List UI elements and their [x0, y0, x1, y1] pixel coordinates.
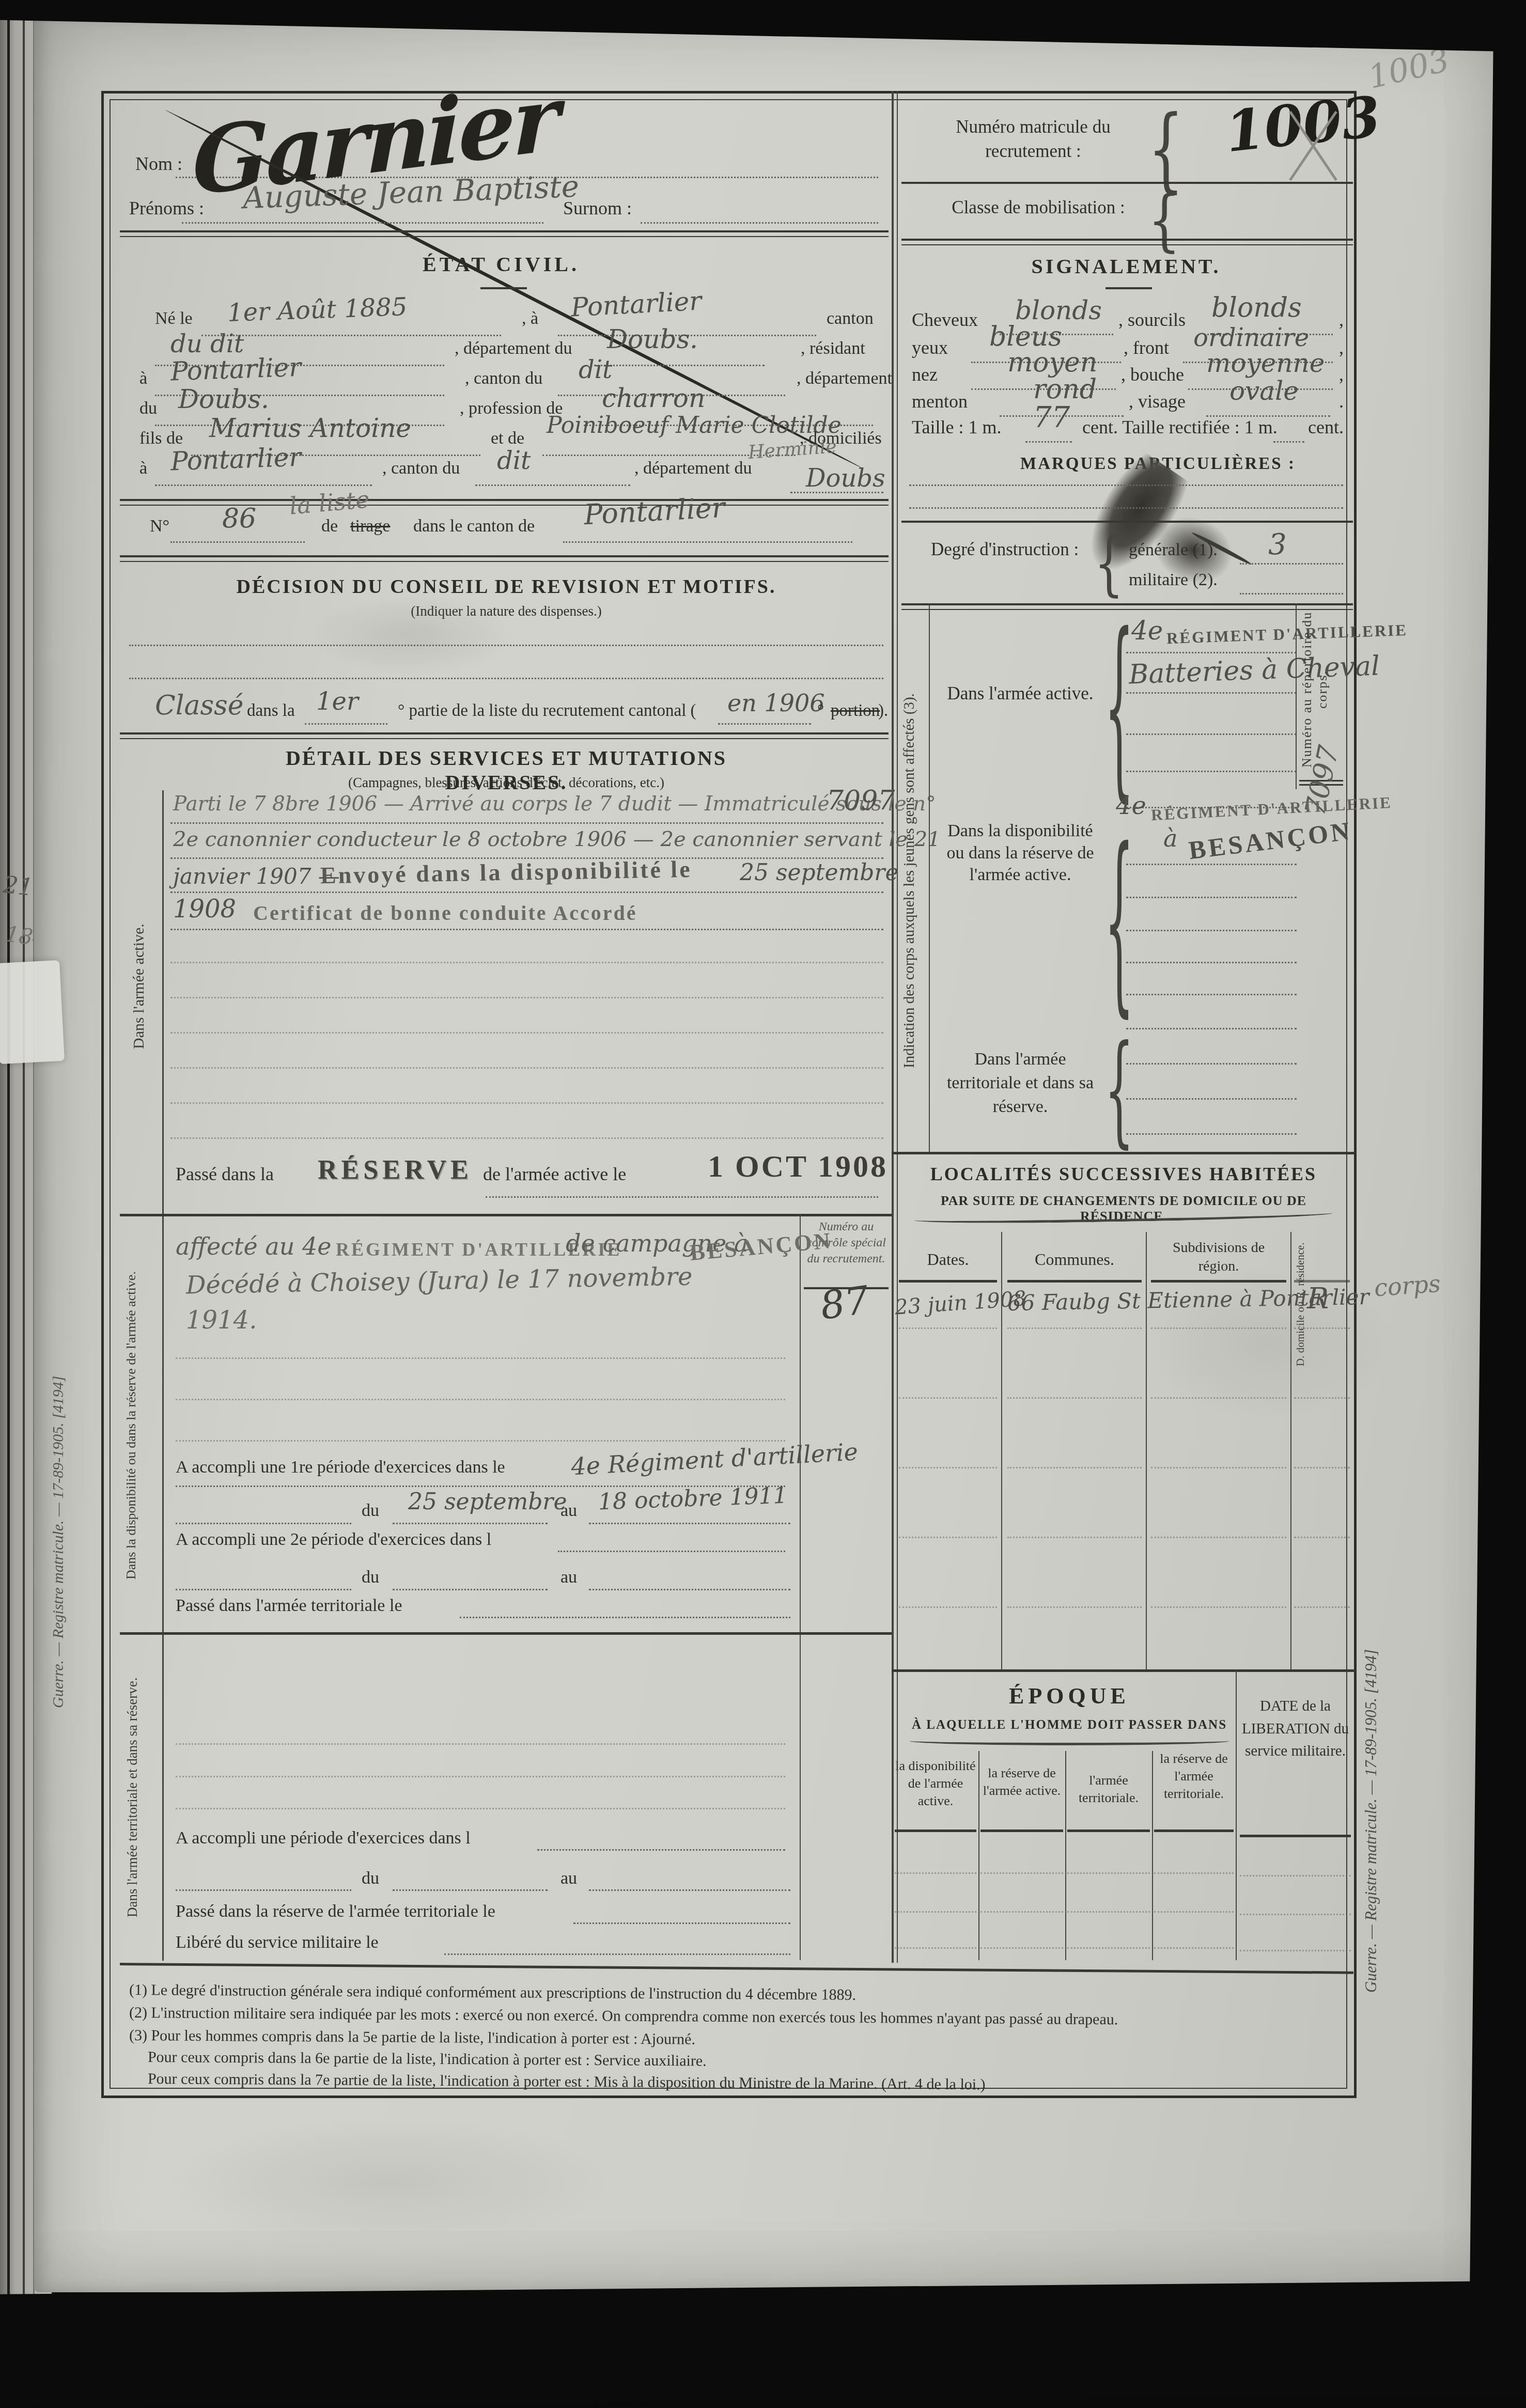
double-rule: [901, 239, 1353, 245]
ne-le-label: Né le: [155, 309, 193, 329]
decision-paren: ).: [878, 701, 888, 721]
dotted-line: [170, 892, 883, 893]
dotted-line: [444, 1953, 790, 1955]
dotted-line: [176, 1808, 785, 1809]
dotted-line: [899, 1606, 997, 1608]
services-line-1-numero: 7097: [827, 785, 895, 816]
dotted-line: [176, 1889, 351, 1891]
dotted-line: [1151, 1467, 1286, 1468]
departement-label: , département du: [455, 339, 572, 358]
epoque-col2-header: la réserve de l'armée active.: [980, 1764, 1063, 1800]
au-label: au: [560, 1568, 577, 1587]
header-underline: [1067, 1830, 1150, 1832]
departement-value: Doubs.: [607, 324, 698, 354]
annee-hw: en 1906: [727, 689, 825, 717]
dotted-line: [1007, 1397, 1142, 1399]
periode1-du-value: 25 septembre: [408, 1489, 567, 1515]
signalement-title: SIGNALEMENT.: [982, 254, 1271, 278]
page-edge-line: [23, 0, 25, 2306]
dotted-line: [537, 1849, 785, 1851]
dotted-line: [1007, 1467, 1142, 1468]
dotted-line: [155, 484, 372, 486]
epoque-col4-header: la réserve de l'armée territoriale.: [1154, 1750, 1234, 1802]
dotted-line: [1126, 1133, 1297, 1135]
register-page: 1003 Nom : Garnier Prénoms : Auguste Jea…: [34, 13, 1503, 2292]
dotted-line: [1126, 733, 1297, 735]
services-line-3-fin: 25 septembre: [740, 859, 898, 886]
periode1-label: A accompli une 1re période d'exercices d…: [176, 1458, 505, 1477]
dotted-line: [1126, 962, 1297, 963]
dotted-line: [594, 365, 765, 366]
tape-patch: [0, 960, 65, 1064]
reserve-stamp: RÉSERVE: [318, 1155, 473, 1185]
dotted-line: [1294, 1606, 1350, 1608]
prev-page-handwriting: 21: [2, 870, 35, 901]
title-dash: [480, 287, 527, 289]
territoriale-vertical-label: Dans l'armée territoriale et dans sa rés…: [124, 1674, 157, 1921]
dotted-line: [1294, 1467, 1350, 1468]
dotted-line: [1154, 1947, 1234, 1949]
taille-label: Taille : 1 m.: [912, 416, 1001, 438]
decision-text: ° partie de la liste du recrutement cant…: [398, 701, 696, 721]
dotted-line: [1126, 652, 1297, 653]
et-de-label: et de: [491, 429, 524, 448]
dotted-line: [176, 1589, 351, 1590]
dotted-line: [176, 1357, 785, 1359]
scanned-military-register-photo: { "marges": { "coin_crayon": "1003", "ve…: [0, 0, 1526, 2306]
dotted-line: [909, 507, 1343, 509]
territoriale-label: Dans l'armée territoriale et dans sa rés…: [938, 1047, 1103, 1119]
dotted-line: [1240, 1950, 1351, 1951]
epoque-col3-header: l'armée territoriale.: [1067, 1772, 1150, 1807]
militaire-label: militaire (2).: [1129, 570, 1218, 590]
heavy-rule: [892, 1669, 1356, 1672]
dotted-line: [170, 822, 883, 824]
services-line-2: 2e canonnier conducteur le 8 octobre 190…: [173, 827, 941, 851]
dotted-line: [1126, 930, 1297, 931]
passe-reserve-text: de l'armée active le: [483, 1163, 626, 1185]
generale-value: 3: [1268, 528, 1287, 561]
periode2-label: A accompli une 2e période d'exercices da…: [176, 1530, 491, 1550]
numero-tirage-label: N°: [150, 517, 169, 536]
right-margin-imprint: Guerre. — Registre matricule. — 17-89-19…: [1362, 1524, 1389, 2118]
canton-value: dit: [579, 355, 612, 384]
brace: {: [1104, 611, 1134, 806]
dotted-line: [393, 1523, 548, 1524]
double-rule: [120, 230, 889, 237]
pere-value: Marius Antoine: [209, 413, 411, 443]
dotted-line: [305, 723, 387, 725]
tirage-struck-word: tirage: [350, 517, 390, 536]
dotted-line: [1240, 593, 1343, 595]
partie-hw: 1er: [316, 687, 359, 716]
front-label: , front: [1124, 337, 1169, 358]
dotted-line: [718, 723, 811, 725]
departement-value: Doubs.: [178, 384, 269, 414]
dotted-line: [899, 1397, 997, 1399]
dotted-line: [1067, 1872, 1150, 1874]
paper-stain: [1136, 1265, 1395, 1420]
dotted-line: [129, 678, 883, 679]
dotted-line: [1007, 1606, 1142, 1608]
nez-value: moyen: [1007, 347, 1097, 378]
dotted-line: [899, 1537, 997, 1538]
cheveux-label: Cheveux: [912, 309, 978, 331]
dotted-line: [1025, 441, 1072, 443]
services-line-1: Parti le 7 8bre 1906 — Arrivé au corps l…: [173, 792, 936, 816]
a-label: à: [139, 369, 147, 388]
visage-value: ovale: [1229, 376, 1299, 406]
page-content: 1003 Nom : Garnier Prénoms : Auguste Jea…: [34, 13, 1503, 2292]
table-column-line: [1236, 1669, 1237, 1960]
dotted-line: [1126, 864, 1297, 865]
rule: [901, 521, 1353, 523]
paper-stain: [310, 594, 517, 677]
dotted-line: [1240, 1914, 1351, 1915]
dotted-line: [393, 1589, 548, 1590]
epoque-col1-header: la disponibilité de l'armée active.: [895, 1757, 976, 1809]
reserve-vertical-label: Dans la disponibilité ou dans la réserve…: [123, 1255, 159, 1596]
nez-label: nez: [912, 364, 938, 385]
fils-de-label: fils de: [139, 429, 183, 448]
dotted-line: [980, 1872, 1063, 1874]
dotted-line: [980, 1947, 1063, 1949]
table-column-line: [1152, 1751, 1153, 1960]
dotted-line: [563, 541, 852, 543]
decede-hw2: 1914.: [186, 1306, 257, 1335]
dotted-line: [895, 1911, 976, 1913]
dotted-line: [589, 1889, 790, 1891]
classe-label: Classe de mobilisation :: [951, 195, 1126, 220]
canton-label: canton: [827, 309, 874, 329]
yeux-label: yeux: [912, 337, 948, 358]
dotted-line: [176, 1776, 785, 1777]
label-column-line: [162, 790, 164, 1961]
controle-value: 87: [817, 1278, 871, 1328]
domicile-value: Pontarlier: [170, 442, 302, 477]
double-rule: [120, 555, 889, 562]
dotted-line: [182, 222, 543, 224]
matricule-label: Numéro matricule du recrutement :: [925, 115, 1142, 164]
dotted-line: [1294, 1537, 1350, 1538]
affecte-hw: affecté au 4e: [176, 1232, 332, 1260]
dotted-line: [895, 1947, 976, 1949]
du-label: du: [139, 399, 157, 418]
surnom-label: Surnom :: [563, 197, 632, 219]
periode-label: A accompli une période d'exercices dans …: [176, 1828, 471, 1848]
dotted-line: [1154, 1911, 1234, 1913]
dotted-line: [1126, 692, 1297, 694]
dotted-line: [176, 1399, 785, 1400]
menton-value: rond: [1033, 374, 1097, 405]
page-edge-line: [7, 0, 10, 2306]
dotted-line: [1126, 1028, 1297, 1029]
dotted-line: [170, 929, 883, 930]
dotted-line: [176, 1440, 785, 1442]
dotted-line: [170, 997, 883, 998]
dotted-line: [1151, 1606, 1286, 1608]
classe-hw: Classé: [155, 690, 244, 721]
dotted-line: [909, 484, 1343, 486]
dans-le-canton-label: dans le canton de: [413, 517, 535, 536]
passe-territoriale-label: Passé dans l'armée territoriale le: [176, 1596, 402, 1616]
dotted-line: [201, 335, 501, 336]
dotted-line: [176, 1743, 785, 1745]
localites-title: LOCALITÉS SUCCESSIVES HABITÉES: [904, 1163, 1343, 1185]
du-label: du: [362, 1869, 379, 1888]
brace: {: [1094, 529, 1124, 599]
armee-active-label: Dans l'armée active.: [938, 681, 1103, 706]
regiment-prefix-hw: 4e: [1116, 791, 1146, 820]
dotted-line: [589, 1523, 790, 1524]
residence-value: Pontarlier: [170, 352, 302, 387]
dotted-line: [790, 492, 883, 493]
col-communes-header: Communes.: [1007, 1250, 1142, 1269]
decorative-squiggle: [909, 1737, 1229, 1745]
dotted-line: [170, 1067, 883, 1069]
paper-stain: [155, 2118, 620, 2247]
services-subtitle: (Campagnes, blessures, actions d'éclat, …: [222, 775, 790, 791]
departement-value: Doubs: [806, 464, 885, 493]
services-line-3-debut: janvier 1907 —: [173, 864, 340, 889]
decision-text: °: [817, 701, 824, 721]
brace: {: [1104, 825, 1134, 1021]
heavy-rule: [120, 1632, 892, 1635]
menton-label: menton: [912, 390, 968, 412]
virgule: ,: [1339, 309, 1344, 331]
au-label: au: [560, 1501, 577, 1521]
dotted-line: [573, 1922, 790, 1924]
dotted-line: [641, 222, 878, 224]
portion-struck-word: portion: [831, 701, 880, 721]
dotted-line: [1007, 1537, 1142, 1538]
cent-label: cent.: [1308, 416, 1344, 438]
col-dates-header: Dates.: [899, 1250, 997, 1269]
dotted-line: [899, 1327, 997, 1329]
table-column-line: [1065, 1751, 1066, 1960]
rule: [901, 182, 1353, 184]
column-divider-thin: [897, 91, 898, 1963]
departement-label: , département: [797, 369, 892, 388]
dotted-line: [1154, 1872, 1234, 1874]
canton-label: , canton du: [465, 369, 542, 388]
dotted-line: [170, 962, 883, 963]
prenoms-label: Prénoms :: [129, 197, 204, 219]
dotted-line: [1067, 1947, 1150, 1949]
left-margin-imprint: Guerre. — Registre matricule. — 17-89-19…: [50, 1219, 75, 1865]
corps-vertical-label: Indication des corps auxquels les jeunes…: [901, 617, 927, 1144]
epoque-subtitle: À LAQUELLE L'HOMME DOIT PASSER DANS: [904, 1718, 1235, 1732]
dotted-line: [980, 1911, 1063, 1913]
dotted-line: [1240, 563, 1343, 565]
services-line-4-debut: 1908: [173, 895, 236, 924]
header-underline: [899, 1280, 997, 1283]
point: .: [1339, 390, 1344, 412]
dotted-line: [899, 1467, 997, 1468]
taille-value: 77: [1033, 401, 1070, 434]
libere-label: Libéré du service militaire le: [176, 1933, 379, 1952]
dotted-line: [170, 541, 305, 543]
generale-label: générale (1).: [1129, 540, 1218, 560]
bouche-label: , bouche: [1121, 364, 1184, 385]
dotted-line: [895, 1872, 976, 1874]
sourcils-label: , sourcils: [1118, 309, 1186, 331]
dotted-line: [170, 1137, 883, 1139]
etat-civil-title: ÉTAT CIVIL.: [269, 252, 734, 276]
mere-value: Poiniboeuf Marie Clotilde: [547, 412, 842, 439]
title-dash: [1105, 287, 1152, 289]
dotted-line: [176, 1523, 351, 1524]
virgule: ,: [1339, 364, 1344, 385]
a-label: , à: [522, 309, 538, 329]
disponibilite-label: Dans la disponibilité ou dans la réserve…: [938, 820, 1103, 886]
dotted-line: [1126, 771, 1297, 772]
degre-label: Degré d'instruction :: [920, 537, 1090, 561]
dotted-line: [1007, 1327, 1142, 1329]
dotted-line: [1126, 1098, 1297, 1100]
certificat-stamp: Certificat de bonne conduite Accordé: [253, 901, 637, 925]
dotted-line: [1126, 1063, 1297, 1065]
dotted-line: [1067, 1911, 1150, 1913]
dotted-line: [393, 1889, 548, 1891]
epoque-title: ÉPOQUE: [909, 1683, 1229, 1709]
dotted-line: [170, 1102, 883, 1104]
header-underline: [1240, 1835, 1351, 1837]
passe-reserve-territoriale-label: Passé dans la réserve de l'armée territo…: [176, 1902, 495, 1921]
dotted-line: [1126, 897, 1297, 898]
epoque-date-header: DATE de la LIBERATION du service militai…: [1240, 1695, 1351, 1763]
date-stamp: 1 OCT 1908: [708, 1149, 888, 1184]
dotted-line: [1240, 1875, 1351, 1877]
heavy-rule: [120, 1214, 892, 1216]
dotted-line: [486, 1196, 878, 1198]
dotted-line: [460, 1617, 790, 1618]
dotted-line: [1126, 994, 1297, 995]
numero-tirage-value: 86: [222, 503, 256, 534]
au-label: au: [560, 1869, 577, 1888]
repertoire-column-line: [1296, 603, 1297, 789]
sourcils-value: blonds: [1211, 292, 1302, 323]
taille-rectifiee-label: cent. Taille rectifiée : 1 m.: [1082, 416, 1278, 438]
decision-text: dans la: [247, 701, 295, 721]
a-label: à: [139, 459, 147, 478]
du-label: du: [362, 1501, 379, 1521]
visage-label: , visage: [1129, 390, 1186, 412]
canton-label: , canton du: [382, 459, 460, 478]
table-column-line: [978, 1751, 979, 1960]
header-underline: [1154, 1830, 1234, 1832]
dotted-line: [170, 1032, 883, 1034]
virgule: ,: [1339, 337, 1344, 358]
heavy-rule: [892, 1152, 1356, 1154]
header-underline: [1007, 1280, 1142, 1283]
header-underline: [895, 1830, 976, 1832]
dotted-line: [475, 484, 630, 486]
bouche-value: moyenne: [1206, 348, 1325, 378]
double-rule: [120, 732, 889, 739]
departement-label: , département du: [634, 459, 752, 478]
services-vertical-label: Dans l'armée active.: [130, 847, 157, 1126]
nom-label: Nom :: [135, 153, 182, 175]
dotted-line: [589, 1589, 790, 1590]
du-label: du: [362, 1568, 379, 1587]
header-underline: [980, 1830, 1063, 1832]
regiment-prefix-hw: 4e: [1131, 616, 1163, 646]
de-label: de: [321, 517, 338, 536]
dotted-line: [558, 1551, 785, 1552]
residant-label: , résidant: [801, 339, 865, 358]
profession-value: charron: [602, 383, 705, 413]
corps-label-line: [929, 603, 930, 1153]
a-hw: à: [1163, 824, 1177, 852]
dotted-line: [1151, 1537, 1286, 1538]
dotted-line: [1273, 441, 1304, 443]
canton-value: dit: [497, 446, 531, 475]
passe-reserve-text: Passé dans la: [176, 1163, 274, 1185]
controle-column-line: [800, 1214, 801, 1960]
